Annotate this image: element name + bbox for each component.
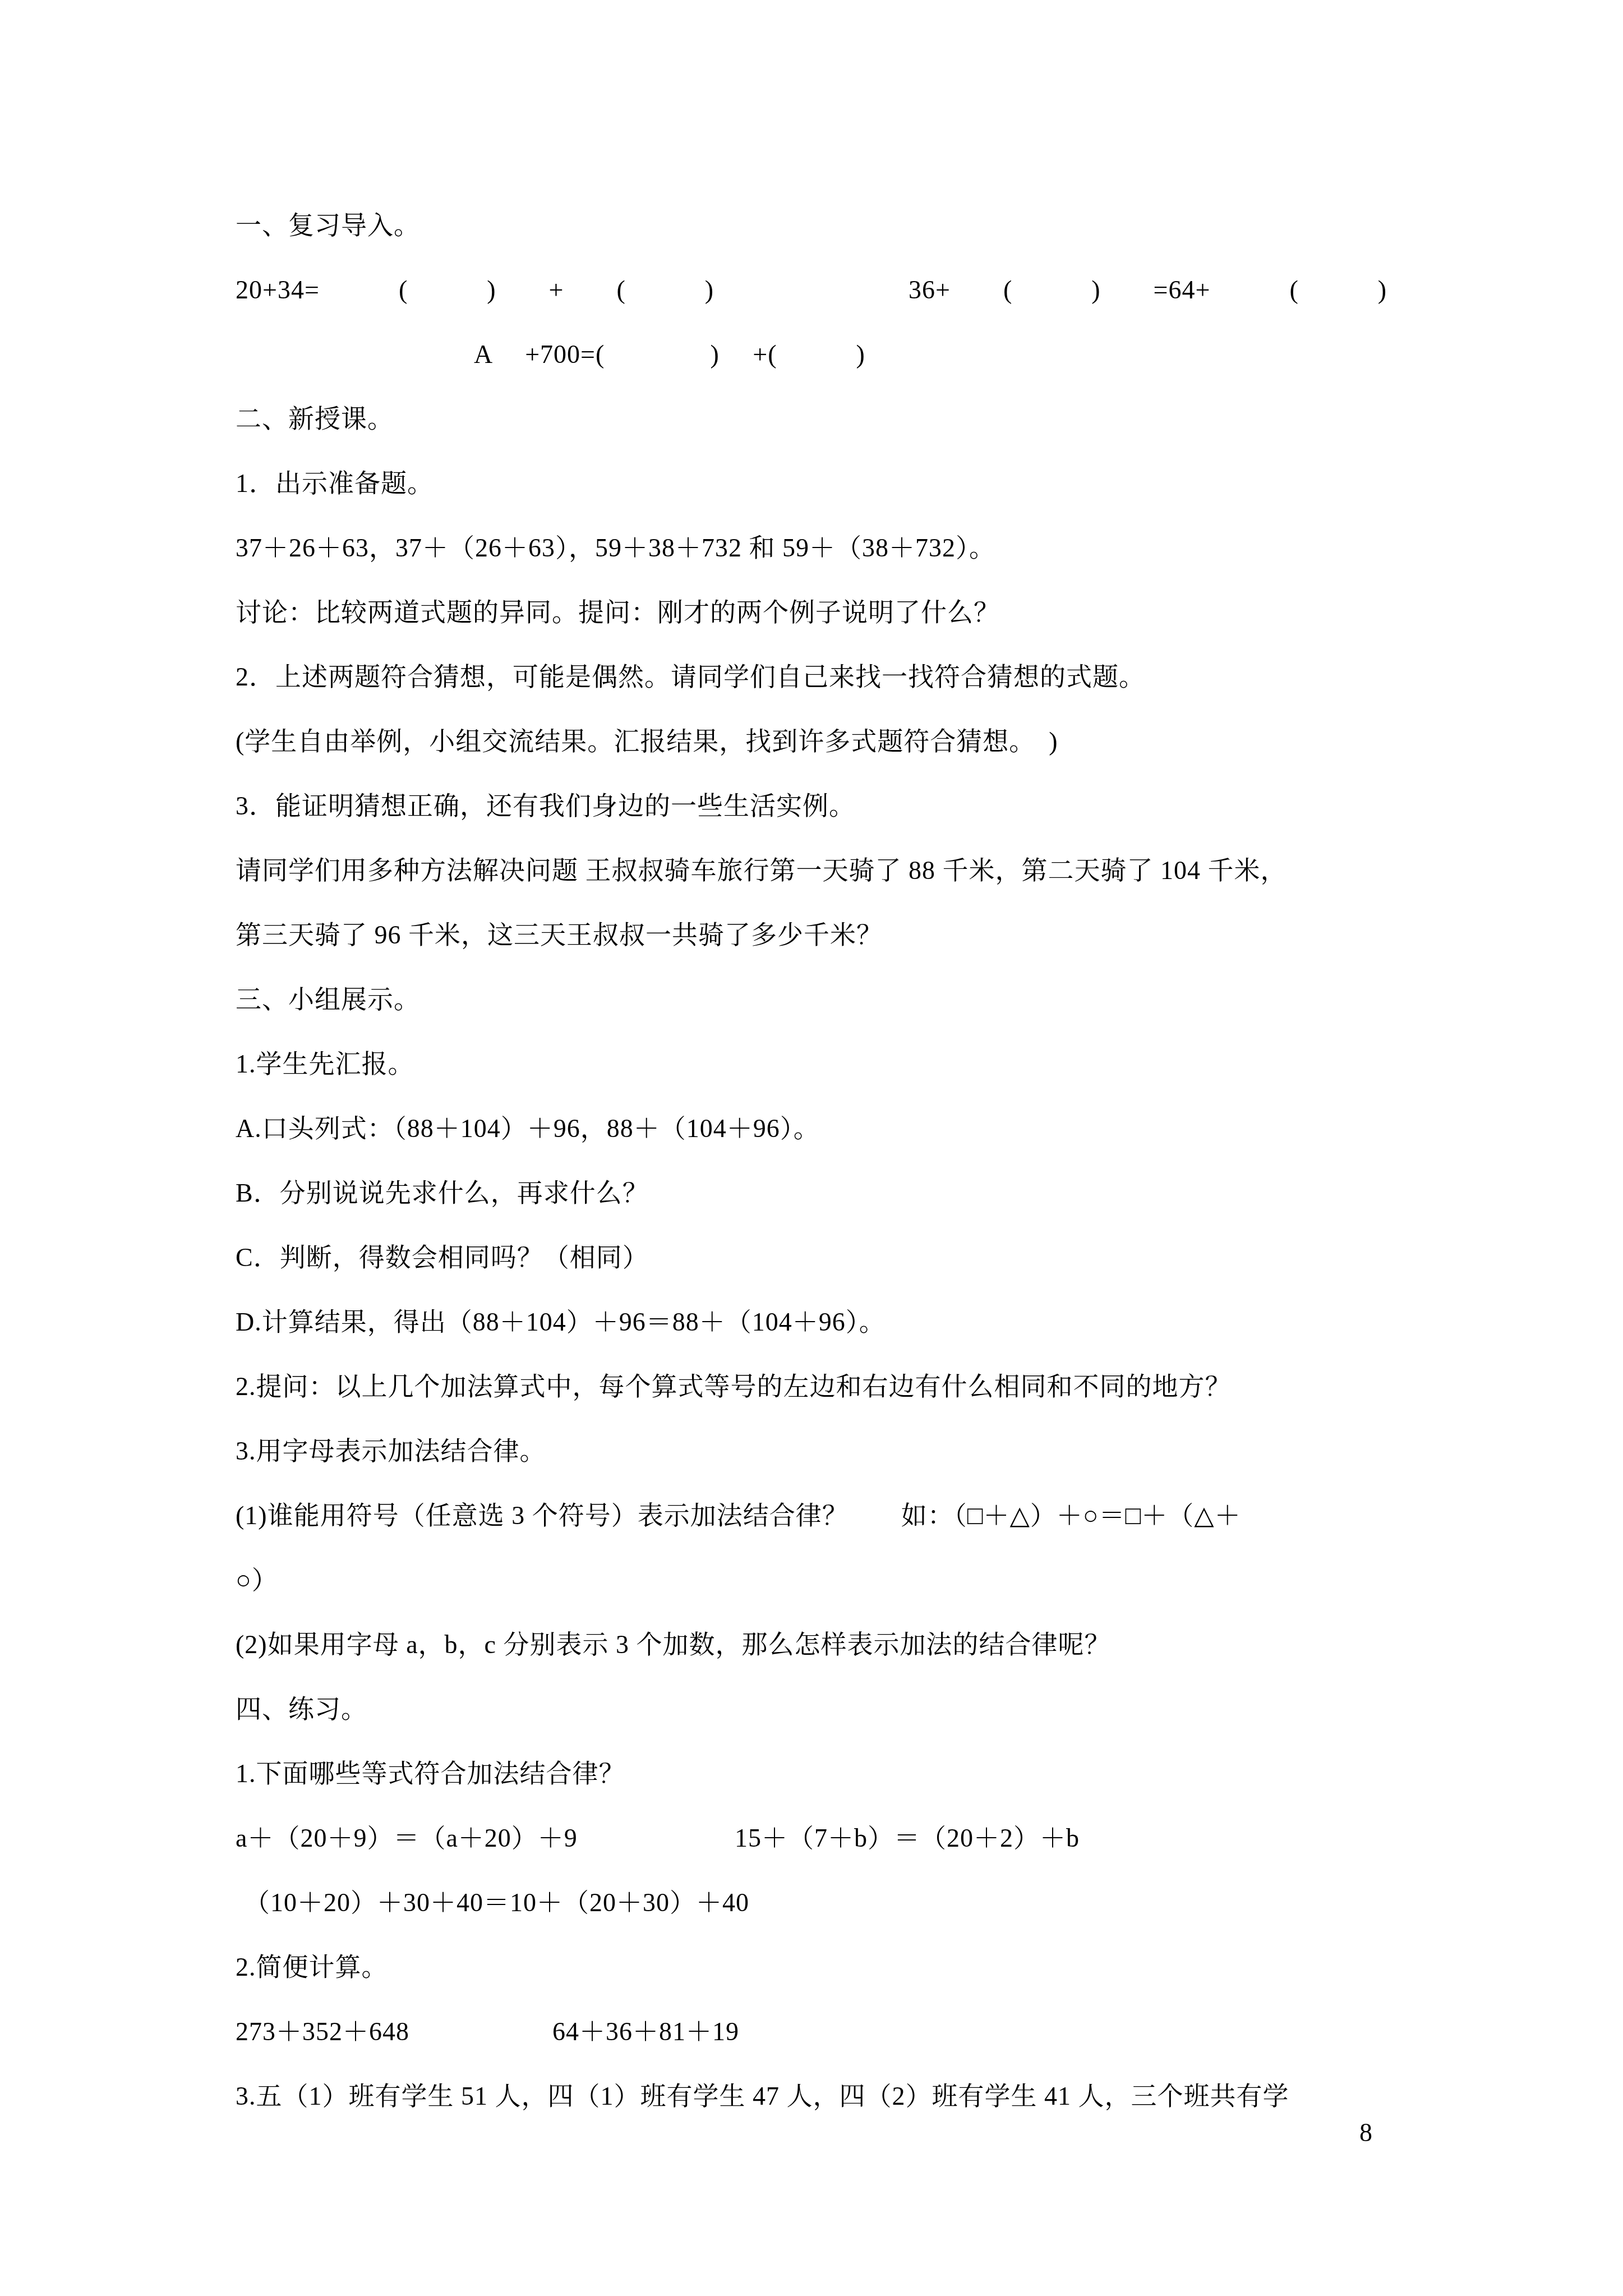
text-segment: 请同学们用多种方法解决问题 王叔叔骑车旅行第一天骑了 88 千米，第二天骑了 1… — [236, 838, 1287, 903]
text-segment: A.口头列式：（88＋104）＋96，88＋（104＋96）。 — [236, 1096, 820, 1161]
text-segment: 273＋352＋648 — [236, 1999, 409, 2064]
text-segment: 64＋36＋81＋19 — [552, 1999, 739, 2064]
text-line: 请同学们用多种方法解决问题 王叔叔骑车旅行第一天骑了 88 千米，第二天骑了 1… — [0, 838, 1623, 903]
text-segment: 1．出示准备题。 — [236, 451, 434, 516]
text-line: B．分别说说先求什么，再求什么？ — [0, 1161, 1623, 1225]
text-line: 3.用字母表示加法结合律。 — [0, 1419, 1623, 1483]
text-segment: 二、新授课。 — [236, 386, 394, 451]
text-line: 2.简便计算。 — [0, 1935, 1623, 1999]
text-segment: 四、练习。 — [236, 1677, 367, 1741]
text-segment: 37＋26＋63，37＋（26＋63），59＋38＋732 和 59＋（38＋7… — [236, 516, 995, 580]
text-segment: 3.用字母表示加法结合律。 — [236, 1419, 546, 1483]
text-segment: 1.下面哪些等式符合加法结合律？ — [236, 1741, 625, 1806]
text-segment: （10＋20）＋30＋40＝10＋（20＋30）＋40 — [244, 1870, 749, 1935]
text-line: A +700=( ) +( ) — [0, 322, 1623, 386]
text-line: 273＋352＋64864＋36＋81＋19 — [0, 1999, 1623, 2064]
text-segment: 15＋（7＋b）＝（20＋2）＋b — [735, 1806, 1080, 1870]
text-line: C．判断，得数会相同吗？（相同） — [0, 1225, 1623, 1290]
text-line: 三、小组展示。 — [0, 967, 1623, 1032]
text-segment: (2)如果用字母 a，b，c 分别表示 3 个加数，那么怎样表示加法的结合律呢？ — [236, 1612, 1110, 1677]
text-segment: 36+ ( ) =64+ ( ) — [909, 257, 1387, 322]
document-text-body: 一、复习导入。20+34= ( ) + ( )36+ ( ) =64+ ( )A… — [0, 0, 1623, 2296]
text-segment: ○） — [236, 1548, 278, 1612]
text-segment: 2.简便计算。 — [236, 1935, 388, 1999]
text-line: (2)如果用字母 a，b，c 分别表示 3 个加数，那么怎样表示加法的结合律呢？ — [0, 1612, 1623, 1677]
text-line: 第三天骑了 96 千米，这三天王叔叔一共骑了多少千米？ — [0, 903, 1623, 967]
text-line: 讨论：比较两道式题的异同。提问：刚才的两个例子说明了什么？ — [0, 580, 1623, 645]
text-segment: 3.五（1）班有学生 51 人，四（1）班有学生 47 人，四（2）班有学生 4… — [236, 2064, 1289, 2128]
text-segment: 三、小组展示。 — [236, 967, 420, 1032]
text-segment: 20+34= ( ) + ( ) — [236, 257, 714, 322]
text-line: 37＋26＋63，37＋（26＋63），59＋38＋732 和 59＋（38＋7… — [0, 516, 1623, 580]
text-segment: 讨论：比较两道式题的异同。提问：刚才的两个例子说明了什么？ — [236, 580, 1000, 645]
document-page: 一、复习导入。20+34= ( ) + ( )36+ ( ) =64+ ( )A… — [0, 0, 1623, 2296]
text-line: 1.学生先汇报。 — [0, 1032, 1623, 1096]
text-segment: (1)谁能用符号（任意选 3 个符号）表示加法结合律？ 如：（□＋△）＋○＝□＋… — [236, 1483, 1241, 1548]
text-segment: 2.提问：以上几个加法算式中，每个算式等号的左边和右边有什么相同和不同的地方？ — [236, 1354, 1232, 1419]
text-segment: 2．上述两题符合猜想，可能是偶然。请同学们自己来找一找符合猜想的式题。 — [236, 645, 1145, 709]
text-segment: D.计算结果，得出（88＋104）＋96＝88＋（104＋96）。 — [236, 1290, 886, 1354]
text-line: 3.五（1）班有学生 51 人，四（1）班有学生 47 人，四（2）班有学生 4… — [0, 2064, 1623, 2128]
text-segment: a＋（20＋9）＝（a＋20）＋9 — [236, 1806, 578, 1870]
text-line: 二、新授课。 — [0, 386, 1623, 451]
text-line: 1.下面哪些等式符合加法结合律？ — [0, 1741, 1623, 1806]
text-line: 20+34= ( ) + ( )36+ ( ) =64+ ( ) — [0, 257, 1623, 322]
text-line: D.计算结果，得出（88＋104）＋96＝88＋（104＋96）。 — [0, 1290, 1623, 1354]
page-number: 8 — [1359, 2116, 1372, 2150]
text-line: （10＋20）＋30＋40＝10＋（20＋30）＋40 — [0, 1870, 1623, 1935]
text-line: 四、练习。 — [0, 1677, 1623, 1741]
text-segment: C．判断，得数会相同吗？（相同） — [236, 1225, 649, 1290]
text-segment: 一、复习导入。 — [236, 193, 420, 257]
text-line: 3．能证明猜想正确，还有我们身边的一些生活实例。 — [0, 774, 1623, 838]
text-line: A.口头列式：（88＋104）＋96，88＋（104＋96）。 — [0, 1096, 1623, 1161]
text-line: (学生自由举例，小组交流结果。汇报结果，找到许多式题符合猜想。 ) — [0, 709, 1623, 774]
text-segment: B．分别说说先求什么，再求什么？ — [236, 1161, 649, 1225]
text-segment: 1.学生先汇报。 — [236, 1032, 414, 1096]
text-line: 2.提问：以上几个加法算式中，每个算式等号的左边和右边有什么相同和不同的地方？ — [0, 1354, 1623, 1419]
text-segment: (学生自由举例，小组交流结果。汇报结果，找到许多式题符合猜想。 ) — [236, 709, 1058, 774]
text-line: 2．上述两题符合猜想，可能是偶然。请同学们自己来找一找符合猜想的式题。 — [0, 645, 1623, 709]
text-line: 一、复习导入。 — [0, 193, 1623, 257]
text-segment: 3．能证明猜想正确，还有我们身边的一些生活实例。 — [236, 774, 855, 838]
text-line: 1．出示准备题。 — [0, 451, 1623, 516]
text-line: (1)谁能用符号（任意选 3 个符号）表示加法结合律？ 如：（□＋△）＋○＝□＋… — [0, 1483, 1623, 1548]
text-line: a＋（20＋9）＝（a＋20）＋915＋（7＋b）＝（20＋2）＋b — [0, 1806, 1623, 1870]
text-line: ○） — [0, 1548, 1623, 1612]
text-segment: A +700=( ) +( ) — [474, 322, 865, 386]
text-segment: 第三天骑了 96 千米，这三天王叔叔一共骑了多少千米？ — [236, 903, 883, 967]
